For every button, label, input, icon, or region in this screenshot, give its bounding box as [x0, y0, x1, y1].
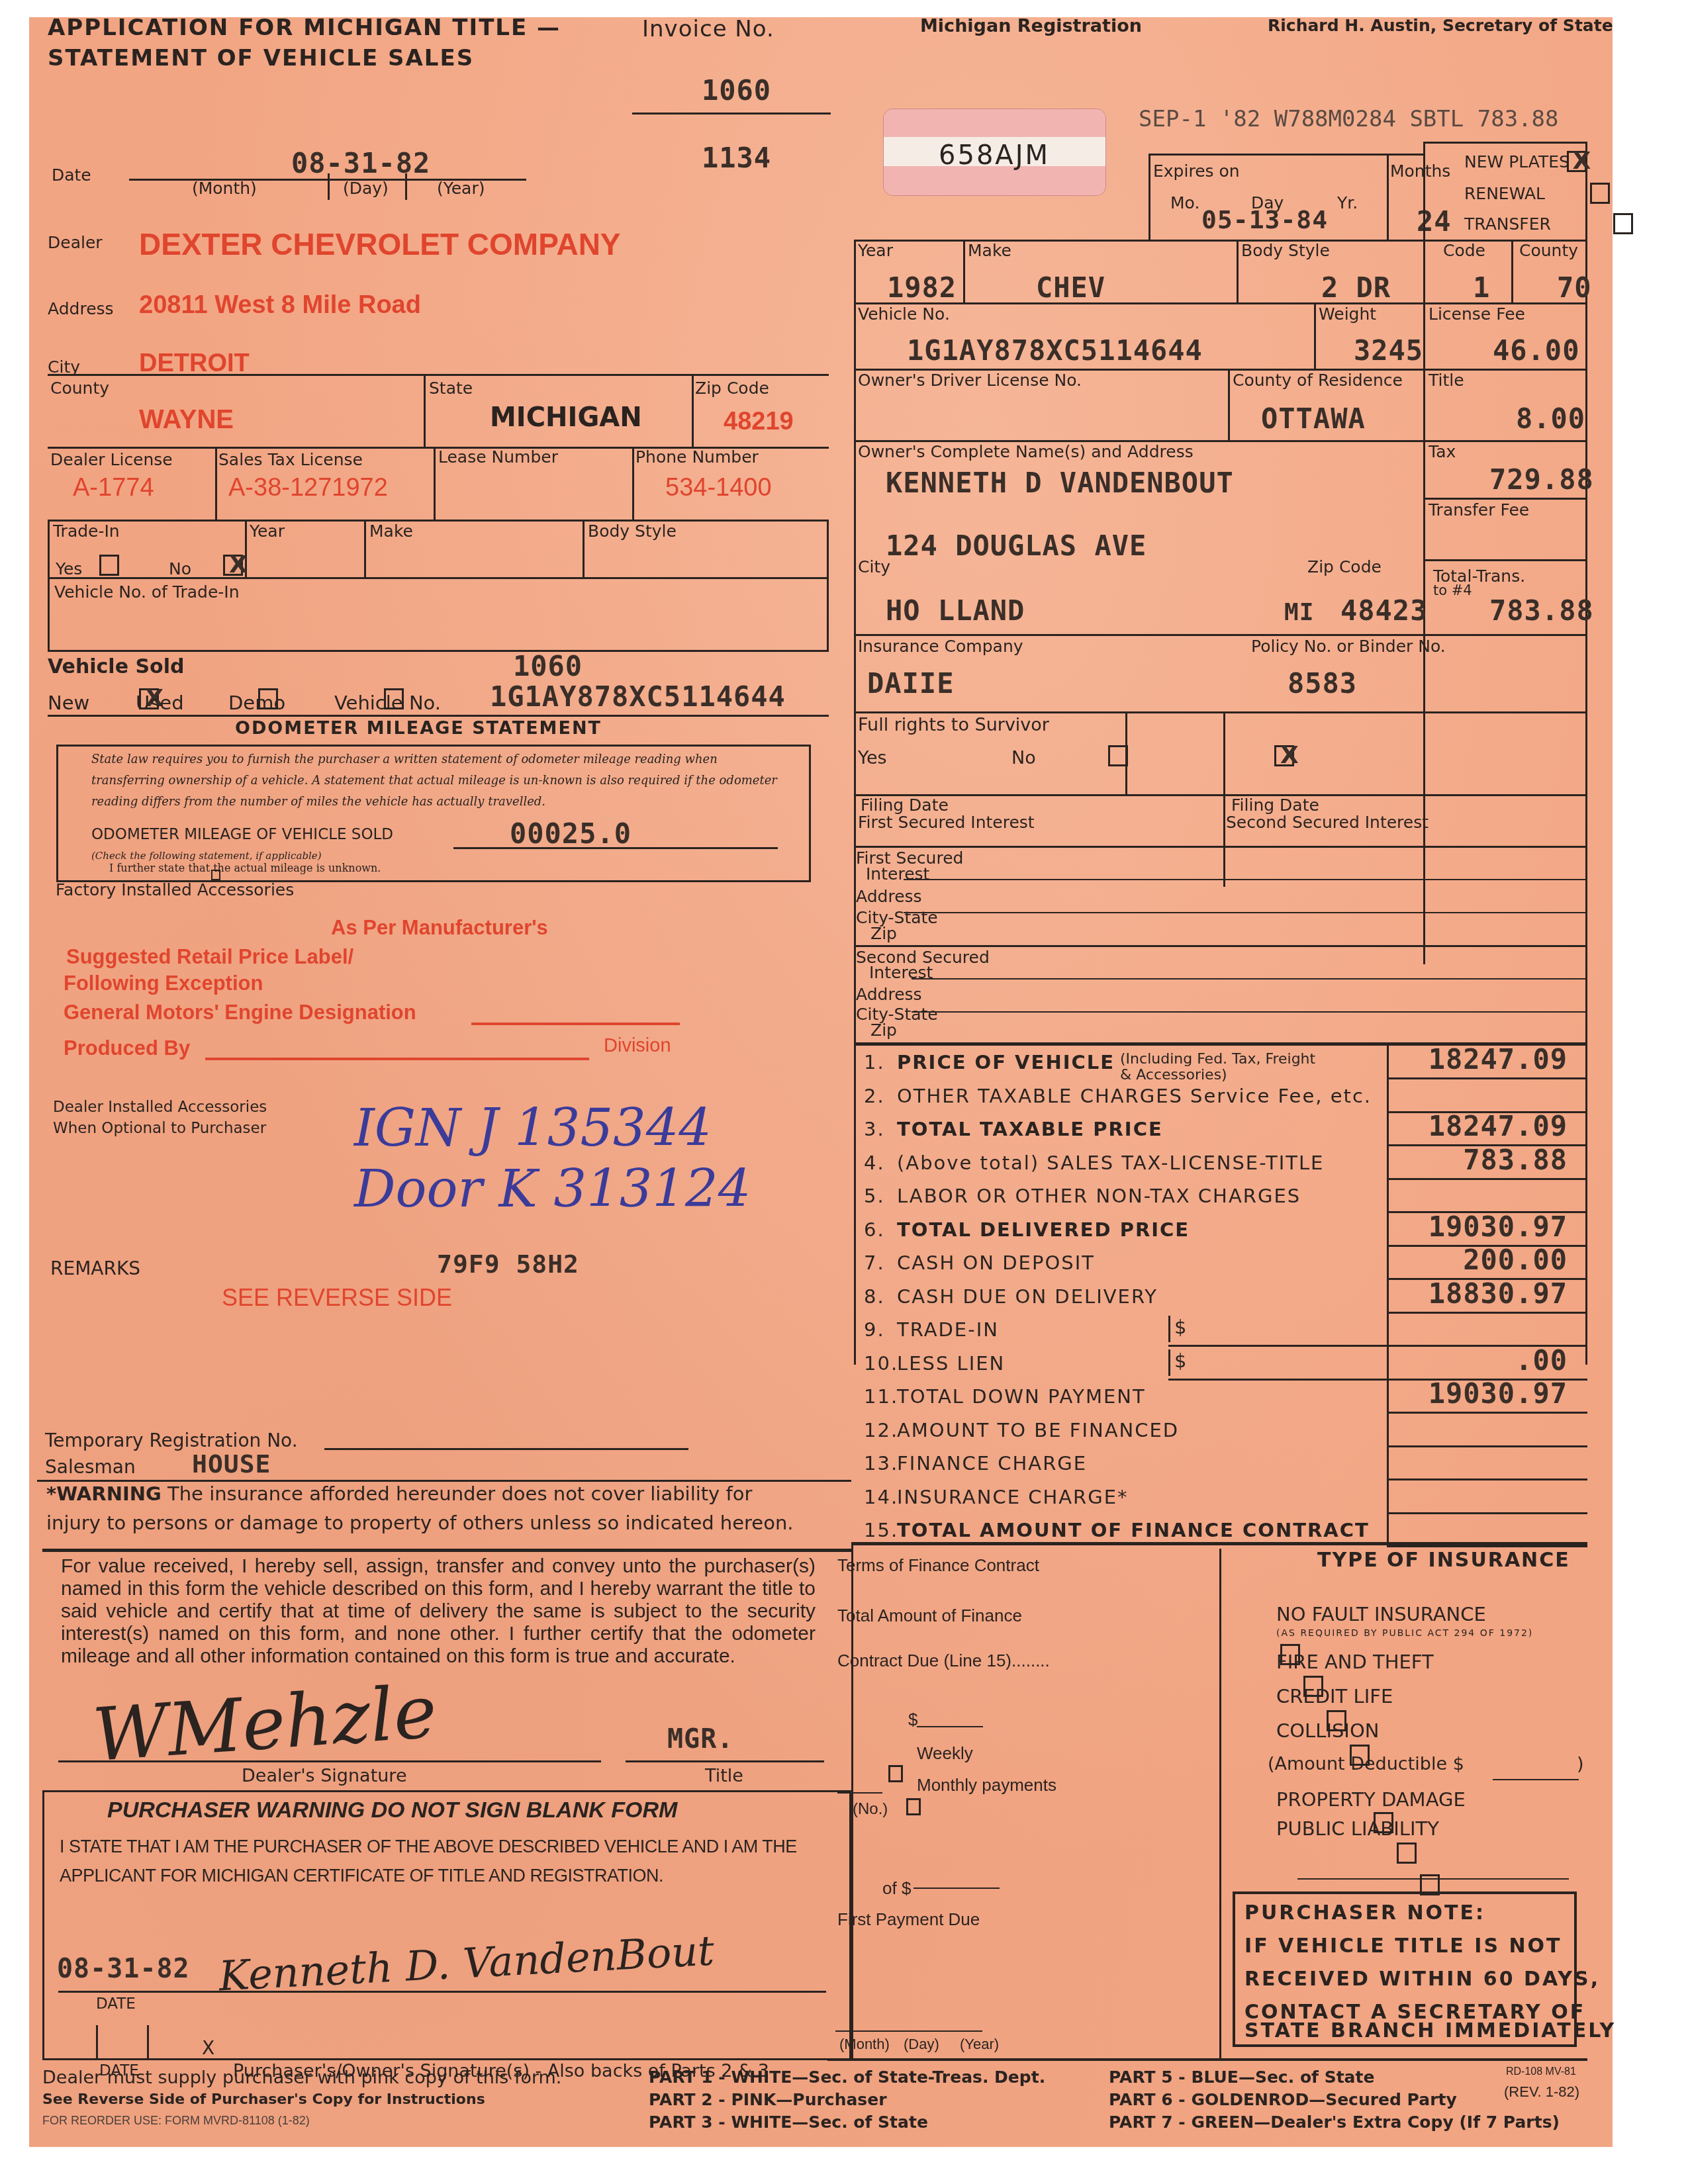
footer-part3: PART 3 - WHITE—Sec. of State [649, 2113, 928, 2132]
second-secured-line[interactable] [912, 978, 1585, 979]
row-line [1423, 498, 1587, 500]
tax-value[interactable]: 729.88 [1489, 463, 1594, 496]
year-label: (Year) [437, 179, 485, 198]
dealer-license[interactable]: A-1774 [73, 474, 154, 502]
second-address-label: Address [856, 985, 922, 1004]
owner-zip-label: Zip Code [1307, 557, 1382, 576]
payment-count-label: (No.) [853, 1800, 888, 1819]
invoice-label: Invoice No. [642, 16, 774, 42]
pricing-line-value[interactable]: 19030.97 [1389, 1210, 1568, 1243]
owner-street[interactable]: 124 DOUGLAS AVE [886, 529, 1147, 562]
col-line [1314, 302, 1316, 369]
date-label-1: DATE [96, 1995, 136, 2013]
sale-date[interactable]: 08-31-82 [291, 147, 430, 179]
col-line [434, 447, 436, 520]
col-line [1237, 240, 1239, 302]
expires-mo-label: Mo. [1170, 193, 1199, 212]
temp-registration-line[interactable] [324, 1448, 688, 1450]
dealer-certification-text: For value received, I hereby sell, assig… [61, 1555, 816, 1668]
deductible-label: (Amount Deductible $ [1268, 1754, 1464, 1774]
footer-part7: PART 7 - GREEN—Dealer's Extra Copy (If 7… [1109, 2113, 1560, 2132]
reg-county-label: County [1519, 241, 1578, 260]
total-trans-value[interactable]: 783.88 [1489, 594, 1594, 627]
pricing-line-label: 7.CASH ON DEPOSIT [864, 1251, 1095, 1274]
total-finance-label: Total Amount of Finance [837, 1606, 1022, 1626]
row-line [48, 715, 829, 717]
line-label: TOTAL DELIVERED PRICE [897, 1218, 1190, 1241]
pricing-line-label: 13.FINANCE CHARGE [864, 1452, 1087, 1475]
produced-by-line [205, 1058, 589, 1060]
line-label: INSURANCE CHARGE* [897, 1486, 1129, 1508]
date-tick [147, 2025, 149, 2058]
value-underline [1387, 1412, 1587, 1414]
public-liability-checkbox[interactable] [1397, 1843, 1417, 1864]
pricing-line-label: 11.TOTAL DOWN PAYMENT [864, 1385, 1146, 1408]
purchaser-warning: PURCHASER WARNING DO NOT SIGN BLANK FORM [107, 1797, 677, 1823]
reg-vin-label: Vehicle No. [858, 304, 950, 324]
purchaser-note-line1: PURCHASER NOTE: [1244, 1897, 1485, 1930]
zip-label: Zip Code [695, 379, 769, 398]
first-payment-year: (Year) [960, 2036, 999, 2053]
new-label: New [48, 692, 89, 714]
dealer-zip[interactable]: 48219 [724, 408, 794, 436]
trade-make-label: Make [369, 522, 413, 541]
sub-amount-line [1168, 1345, 1387, 1347]
engine-designation-line [471, 1023, 680, 1025]
row-line [1149, 154, 1423, 156]
date-label: Date [52, 165, 91, 185]
line-number: 8. [864, 1285, 897, 1308]
owner-name[interactable]: KENNETH D VANDENBOUT [886, 467, 1234, 499]
col-line [1228, 369, 1230, 440]
remarks-label: REMARKS [50, 1257, 140, 1279]
row-line [854, 846, 1587, 848]
contract-due-label: Contract Due (Line 15)........ [837, 1651, 1050, 1671]
odometer-legal-text: State law requires you to furnish the pu… [91, 749, 793, 813]
line-number: 9. [864, 1318, 897, 1341]
row-line [48, 577, 829, 579]
form-title-line1: APPLICATION FOR MICHIGAN TITLE — [48, 15, 561, 41]
line-label: TOTAL AMOUNT OF FINANCE CONTRACT [897, 1519, 1370, 1541]
col-line [632, 447, 634, 520]
sub-amount-line [1168, 1379, 1387, 1381]
second-address-line[interactable] [912, 1011, 1585, 1013]
new-plates-checkbox[interactable] [1567, 151, 1587, 172]
row-line [827, 2058, 1587, 2061]
first-address-label: Address [856, 887, 922, 906]
public-liability-label: PUBLIC LIABILITY [1276, 1817, 1439, 1840]
odometer-title: ODOMETER MILEAGE STATEMENT [235, 718, 602, 739]
col-line [963, 240, 965, 302]
filing-first-label-2: First Secured Interest [858, 813, 1035, 832]
owner-zip[interactable]: 48423 [1340, 594, 1427, 627]
pricing-line-label: 2.OTHER TAXABLE CHARGES Service Fee, etc… [864, 1085, 1372, 1107]
owner-city-label: City [858, 557, 890, 576]
tax-label: Tax [1429, 442, 1456, 461]
trade-in-no-checkbox[interactable] [223, 555, 243, 576]
line-number: 15. [864, 1519, 897, 1541]
line-number: 5. [864, 1185, 897, 1207]
purchaser-date[interactable]: 08-31-82 [57, 1954, 190, 1984]
row-line [851, 1542, 1587, 1545]
survivor-yes-label: Yes [858, 748, 887, 768]
row-line [854, 711, 1587, 713]
validation-stamp: SEP-1 '82 W788M0284 SBTL 783.88 [1139, 106, 1559, 132]
no-fault-note: (AS REQUIRED BY PUBLIC ACT 294 OF 1972) [1276, 1628, 1533, 1639]
col-line [1387, 154, 1389, 241]
remarks-code[interactable]: 79F9 58H2 [437, 1250, 579, 1279]
reg-vin[interactable]: 1G1AY878XC5114644 [907, 334, 1203, 367]
line-label: TOTAL DOWN PAYMENT [897, 1385, 1146, 1408]
pricing-line-label: 3.TOTAL TAXABLE PRICE [864, 1118, 1163, 1140]
insurance-type-title: TYPE OF INSURANCE [1317, 1549, 1570, 1572]
residence-county-label: County of Residence [1233, 371, 1403, 390]
pricing-line-label: 9.TRADE-IN [864, 1318, 999, 1341]
row-line [1423, 559, 1587, 561]
sub-amount-field[interactable]: $ [1168, 1349, 1188, 1376]
policy-label: Policy No. or Binder No. [1251, 637, 1446, 656]
value-underline [1387, 1312, 1587, 1314]
line-number: 10. [864, 1352, 897, 1375]
weekly-checkbox[interactable] [888, 1765, 903, 1782]
expires-yr-label: Yr. [1337, 193, 1358, 212]
date-tick [96, 2025, 98, 2058]
lease-number-label: Lease Number [438, 447, 558, 467]
title-fee-label: Title [1429, 371, 1464, 390]
row-line [854, 794, 1587, 796]
pricing-line-label: 4.(Above total) SALES TAX-LICENSE-TITLE [864, 1152, 1324, 1174]
line-label: CASH ON DEPOSIT [897, 1251, 1095, 1274]
dealer-phone[interactable]: 534-1400 [665, 474, 772, 502]
footer-dealer-supply: Dealer must supply purchaser with pink c… [42, 2068, 561, 2088]
line-label: FINANCE CHARGE [897, 1452, 1087, 1475]
dealer-title[interactable]: MGR. [667, 1724, 733, 1754]
vehicle-sold-label: Vehicle Sold [48, 655, 184, 678]
dealer-name[interactable]: DEXTER CHEVROLET COMPANY [139, 226, 621, 262]
reg-code-label: Code [1443, 241, 1485, 260]
footer-reorder: FOR REORDER USE: FORM MVRD-81108 (1-82) [42, 2114, 310, 2128]
date-divider [405, 173, 407, 200]
pricing-line-value[interactable]: 18247.09 [1389, 1043, 1568, 1075]
salesman-name[interactable]: HOUSE [192, 1449, 271, 1479]
footer-form-number: RD-108 MV-81 [1506, 2066, 1576, 2078]
reg-body[interactable]: 2 DR [1321, 271, 1391, 304]
property-damage-label: PROPERTY DAMAGE [1276, 1788, 1466, 1811]
registration-heading: Michigan Registration [920, 16, 1142, 36]
expires-label: Expires on [1153, 161, 1240, 181]
total-trans-label-2: to #4 [1433, 582, 1472, 598]
line-number: 6. [864, 1218, 897, 1241]
dealer-county[interactable]: WAYNE [139, 405, 234, 435]
col-line [1223, 711, 1225, 887]
vehicle-vin[interactable]: 1G1AY878XC5114644 [490, 680, 786, 713]
pricing-line-value[interactable]: 19030.97 [1389, 1377, 1568, 1410]
handwritten-ign-key: IGN J 135344 [354, 1099, 712, 1158]
survivor-no-label: No [1011, 748, 1036, 768]
fire-theft-label: FIRE AND THEFT [1276, 1651, 1434, 1673]
line-label: OTHER TAXABLE CHARGES Service Fee, etc. [897, 1085, 1372, 1107]
row-line [48, 374, 829, 376]
demo-label: Demo [228, 692, 285, 714]
other-insurance-line[interactable] [1297, 1878, 1569, 1880]
col-line [424, 374, 426, 447]
license-fee-label: License Fee [1429, 304, 1525, 324]
license-fee[interactable]: 46.00 [1493, 334, 1579, 367]
pricing-line-value[interactable]: 18830.97 [1389, 1277, 1568, 1310]
dealer-accessories-label-2: When Optional to Purchaser [53, 1120, 266, 1137]
line-label: TRADE-IN [897, 1318, 999, 1341]
line-label: LESS LIEN [897, 1352, 1005, 1375]
survivor-label: Full rights to Survivor [858, 715, 1049, 735]
deductible-input-line[interactable] [1493, 1779, 1579, 1780]
sales-tax-license[interactable]: A-38-1271972 [228, 474, 388, 502]
trade-body-label: Body Style [588, 522, 677, 541]
trade-in-yes-checkbox[interactable] [99, 555, 119, 576]
used-label: Used [136, 692, 184, 714]
line-label: (Above total) SALES TAX-LICENSE-TITLE [897, 1152, 1324, 1174]
first-payment-label: First Payment Due [837, 1909, 980, 1930]
value-underline [1387, 1178, 1587, 1180]
col-line [692, 374, 694, 447]
monthly-label: Monthly payments [917, 1775, 1056, 1796]
first-payment-line[interactable] [835, 2030, 982, 2032]
signature-x-mark: X [202, 2037, 214, 2059]
col-line [215, 447, 217, 520]
reg-make-label: Make [968, 241, 1011, 260]
reg-year[interactable]: 1982 [887, 271, 957, 304]
pricing-line-label: 10.LESS LIEN [864, 1352, 1005, 1375]
footer-part2: PART 2 - PINK—Purchaser [649, 2090, 886, 2109]
col-line [364, 520, 366, 578]
new-plates-label: NEW PLATES [1464, 152, 1570, 171]
warning-text: The insurance afforded hereunder does no… [167, 1482, 752, 1505]
pricing-line-value[interactable]: 783.88 [1389, 1144, 1568, 1176]
line-number: 12. [864, 1419, 897, 1441]
monthly-checkbox[interactable] [906, 1798, 921, 1815]
first-secured-label-2: Interest [866, 864, 929, 884]
purchaser-note-line5: STATE BRANCH IMMEDIATELY [1244, 2015, 1616, 2048]
odometer-mileage-label: ODOMETER MILEAGE OF VEHICLE SOLD [91, 826, 393, 843]
stamp-line1: As Per Manufacturer's [331, 916, 548, 940]
pricing-line-label: 6.TOTAL DELIVERED PRICE [864, 1218, 1190, 1241]
line-number: 11. [864, 1385, 897, 1408]
col-line [1511, 240, 1513, 302]
pricing-line-label: 12.AMOUNT TO BE FINANCED [864, 1419, 1179, 1441]
stock-number: 1060 [513, 650, 583, 682]
deductible-close: ) [1577, 1754, 1584, 1774]
purchaser-note-line2: IF VEHICLE TITLE IS NOT [1244, 1930, 1562, 1963]
trade-in-yes-label: Yes [56, 559, 82, 578]
renewal-label: RENEWAL [1464, 184, 1545, 203]
driver-license-label: Owner's Driver License No. [858, 371, 1082, 390]
invoice-number: 1060 [702, 74, 771, 107]
no-fault-label: NO FAULT INSURANCE [1276, 1603, 1486, 1625]
dealer-address[interactable]: 20811 West 8 Mile Road [139, 291, 421, 320]
row-line [42, 1549, 851, 1552]
vin-label: Vehicle No. [334, 692, 441, 714]
value-underline [1387, 1512, 1587, 1514]
dealer-label: Dealer [48, 233, 103, 252]
line-label: AMOUNT TO BE FINANCED [897, 1419, 1179, 1441]
phone-label: Phone Number [635, 447, 759, 467]
weekly-label: Weekly [917, 1743, 973, 1764]
title-line [626, 1760, 824, 1762]
first-address-line[interactable] [904, 912, 1585, 913]
second-date-line[interactable] [58, 2058, 187, 2060]
line-number: 1. [864, 1051, 897, 1073]
fees-column-line [1423, 302, 1425, 964]
payment-count-line[interactable] [837, 1792, 882, 1794]
owner-label: Owner's Complete Name(s) and Address [858, 442, 1194, 461]
expiration-date[interactable]: 05-13-84 [1201, 205, 1328, 234]
line-number: 7. [864, 1251, 897, 1274]
pricing-line-label: 1.PRICE OF VEHICLE(Including Fed. Tax, F… [864, 1051, 1319, 1083]
line-number: 14. [864, 1486, 897, 1508]
trade-in-label: Trade-In [53, 522, 120, 541]
pricing-line-value[interactable]: .00 [1389, 1344, 1568, 1377]
credit-life-label: CREDIT LIFE [1276, 1685, 1393, 1707]
owner-state[interactable]: MI [1284, 599, 1314, 626]
trade-in-no-label: No [169, 559, 191, 578]
dealer-state[interactable]: MICHIGAN [490, 402, 642, 433]
footer-see-reverse: See Reverse Side of Purchaser's Copy for… [42, 2091, 485, 2108]
mileage-line [453, 847, 778, 849]
pricing-line-value[interactable]: 18247.09 [1389, 1110, 1568, 1142]
remarks-stamp: SEE REVERSE SIDE [222, 1284, 452, 1312]
mileage-unknown-statement: I further state that the actual mileage … [109, 862, 381, 874]
handwritten-door-key: Door K 313124 [354, 1160, 751, 1219]
second-zip-label: Zip [870, 1021, 897, 1040]
transfer-fee-label: Transfer Fee [1429, 500, 1529, 520]
collision-label: COLLISION [1276, 1719, 1379, 1742]
month-label: (Month) [192, 179, 257, 198]
warning-bold: *WARNING [46, 1482, 162, 1505]
odometer-mileage[interactable]: 00025.0 [510, 817, 632, 850]
reg-year-label: Year [858, 241, 893, 260]
stamp-line2: Suggested Retail Price Label/ [66, 945, 353, 969]
line-label: PRICE OF VEHICLE [897, 1051, 1115, 1073]
pricing-line-label: 15.TOTAL AMOUNT OF FINANCE CONTRACT [864, 1519, 1370, 1541]
purchaser-statement: I STATE THAT I AM THE PURCHASER OF THE A… [60, 1832, 834, 1890]
dealer-license-label: Dealer License [50, 450, 173, 469]
value-underline [1387, 1545, 1587, 1547]
invoice-underline [632, 113, 831, 114]
line-number: 3. [864, 1118, 897, 1140]
purchaser-note-line3: RECEIVED WITHIN 60 DAYS, [1244, 1963, 1600, 1996]
line-label: TOTAL TAXABLE PRICE [897, 1118, 1163, 1140]
first-secured-line[interactable] [904, 879, 1585, 880]
footer-part1: PART 1 - WHITE—Sec. of State-Treas. Dept… [649, 2068, 1045, 2087]
title-fee[interactable]: 8.00 [1516, 402, 1585, 435]
first-zip-label: Zip [870, 924, 897, 943]
temp-registration-label: Temporary Registration No. [45, 1430, 298, 1451]
weight-value[interactable]: 3245 [1354, 334, 1423, 367]
county-label: County [50, 379, 109, 398]
factory-accessories-label: Factory Installed Accessories [56, 880, 294, 899]
stamp-line3: Following Exception [64, 972, 263, 995]
address-label: Address [48, 299, 114, 318]
survivor-yes-checkbox[interactable] [1108, 745, 1128, 766]
of-dollar-line[interactable] [914, 1888, 1000, 1889]
col-line [1149, 154, 1150, 241]
owner-city[interactable]: HO LLAND [886, 594, 1025, 627]
row-line [854, 945, 1587, 947]
stamp-line4: General Motors' Engine Designation [64, 1001, 416, 1024]
value-underline [1387, 1479, 1587, 1480]
dealer-signature-label: Dealer's Signature [242, 1766, 407, 1786]
value-underline [1387, 1077, 1587, 1079]
footer-revision: (REV. 1-82) [1504, 2083, 1579, 2101]
produced-by-label: Produced By [64, 1036, 190, 1060]
reg-body-label: Body Style [1241, 241, 1330, 260]
first-payment-month: (Month) [839, 2036, 890, 2053]
form-title-line2: STATEMENT OF VEHICLE SALES [48, 45, 474, 71]
purchaser-box [42, 1790, 851, 2060]
payment-amount-line[interactable] [917, 1726, 983, 1727]
title-label: Title [705, 1766, 743, 1786]
row-line [854, 634, 1587, 636]
row-line [37, 1480, 851, 1482]
line-number: 13. [864, 1452, 897, 1475]
filing-second-label-2: Second Secured Interest [1226, 813, 1429, 832]
renewal-checkbox[interactable] [1590, 183, 1610, 204]
line-label: LABOR OR OTHER NON-TAX CHARGES [897, 1185, 1301, 1207]
residence-county[interactable]: OTTAWA [1261, 402, 1366, 435]
transfer-checkbox[interactable] [1613, 213, 1633, 234]
reg-make[interactable]: CHEV [1036, 271, 1105, 304]
day-label: (Day) [343, 179, 389, 198]
weight-label: Weight [1319, 304, 1376, 324]
col-line [583, 520, 585, 578]
first-payment-day: (Day) [904, 2036, 939, 2053]
of-dollar-label: of $ [882, 1878, 911, 1899]
invoice-number-2: 1134 [702, 142, 771, 174]
col-line [1423, 240, 1425, 302]
transfer-label: TRANSFER [1464, 214, 1551, 234]
division-label: Division [604, 1035, 671, 1057]
reg-code[interactable]: 1 [1473, 271, 1490, 304]
value-underline [1387, 1445, 1587, 1447]
salesman-label: Salesman [45, 1456, 136, 1478]
pricing-line-value[interactable]: 200.00 [1389, 1244, 1568, 1276]
footer-part6: PART 6 - GOLDENROD—Secured Party [1109, 2090, 1457, 2109]
signature-line [58, 1760, 601, 1762]
date-divider [328, 173, 330, 200]
dealer-accessories-label-1: Dealer Installed Accessories [53, 1099, 267, 1116]
line-label: CASH DUE ON DELIVERY [897, 1285, 1158, 1308]
trade-year-label: Year [250, 522, 285, 541]
survivor-no-checkbox[interactable] [1274, 745, 1294, 766]
trade-vin-label: Vehicle No. of Trade-In [54, 582, 240, 602]
insurance-warning-line2: injury to persons or damage to property … [46, 1512, 794, 1534]
filing-second-label-1: Filing Date [1231, 796, 1319, 815]
insurance-company-label: Insurance Company [858, 637, 1023, 656]
terms-label: Terms of Finance Contract [837, 1555, 1039, 1576]
sales-tax-license-label: Sales Tax License [218, 450, 363, 469]
state-label: State [429, 379, 473, 398]
reg-county[interactable]: 70 [1557, 271, 1592, 304]
policy-number[interactable]: 8583 [1288, 667, 1357, 700]
sub-amount-field[interactable]: $ [1168, 1316, 1188, 1342]
signature-line [58, 1991, 826, 1993]
insurance-warning-line1: *WARNING The insurance afforded hereunde… [46, 1482, 752, 1505]
insurance-company[interactable]: DAIIE [867, 667, 954, 700]
second-signature-line[interactable] [202, 2058, 827, 2060]
col-line [1219, 1549, 1221, 2058]
odometer-check-note: (Check the following statement, if appli… [91, 850, 322, 862]
line-number: 2. [864, 1085, 897, 1107]
line-number: 4. [864, 1152, 897, 1174]
